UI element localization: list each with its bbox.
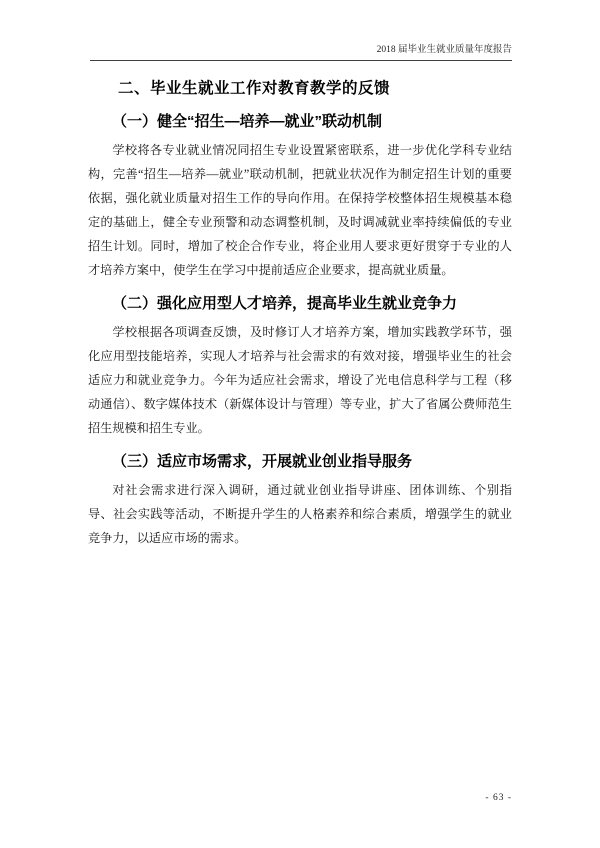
section-1-heading: （一）健全“招生—培养—就业”联动机制: [112, 112, 512, 132]
section-3-paragraph: 对社会需求进行深入调研，通过就业创业指导讲座、团体训练、个别指导、社会实践等活动…: [88, 478, 512, 550]
section-applied-talent: （二）强化应用型人才培养，提高毕业生就业竞争力 学校根据各项调查反馈，及时修订人…: [88, 294, 512, 440]
section-3-heading: （三）适应市场需求，开展就业创业指导服务: [112, 452, 512, 472]
section-2-heading: （二）强化应用型人才培养，提高毕业生就业竞争力: [112, 294, 512, 314]
header-running-title: 2018 届毕业生就业质量年度报告: [377, 45, 512, 55]
page-content: 二、毕业生就业工作对教育教学的反馈 （一）健全“招生—培养—就业”联动机制 学校…: [88, 74, 512, 550]
main-title: 二、毕业生就业工作对教育教学的反馈: [118, 78, 512, 100]
page-footer: - 63 -: [88, 793, 512, 803]
section-market-guidance: （三）适应市场需求，开展就业创业指导服务 对社会需求进行深入调研，通过就业创业指…: [88, 452, 512, 550]
document-page: 2018 届毕业生就业质量年度报告 二、毕业生就业工作对教育教学的反馈 （一）健…: [0, 0, 600, 848]
page-number: - 63 -: [485, 793, 512, 803]
section-1-paragraph: 学校将各专业就业情况同招生专业设置紧密联系，进一步优化学科专业结构，完善“招生—…: [88, 138, 512, 282]
section-2-paragraph: 学校根据各项调查反馈，及时修订人才培养方案，增加实践教学环节，强化应用型技能培养…: [88, 320, 512, 440]
section-linkage-mechanism: （一）健全“招生—培养—就业”联动机制 学校将各专业就业情况同招生专业设置紧密联…: [88, 112, 512, 282]
page-header: 2018 届毕业生就业质量年度报告: [90, 44, 512, 61]
